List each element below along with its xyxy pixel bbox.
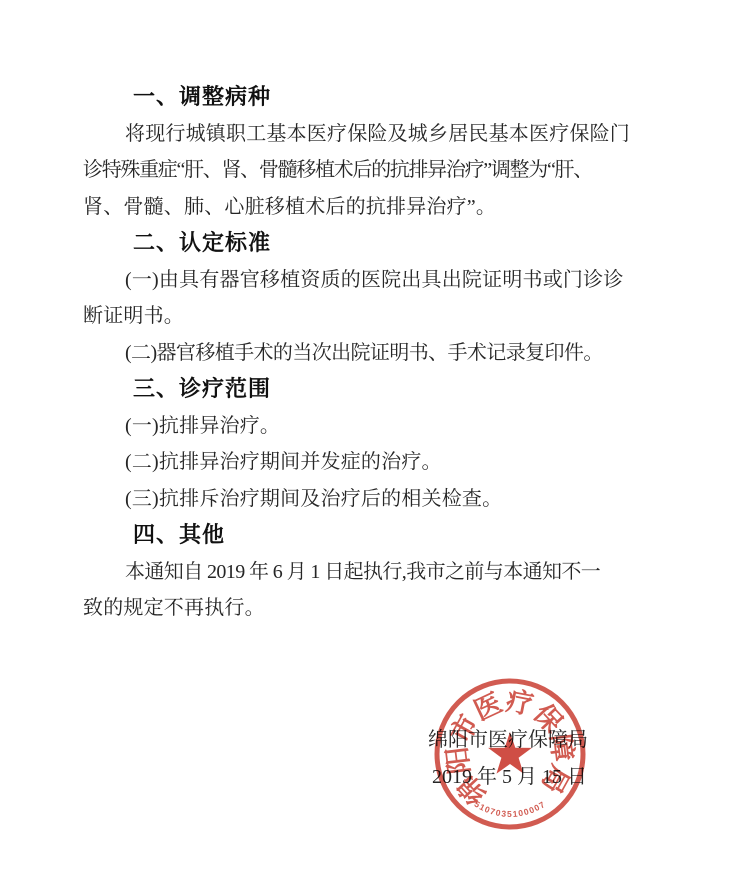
doc-line: 将现行城镇职工基本医疗保险及城乡居民基本医疗保险门: [83, 116, 631, 153]
doc-line: (二)抗排异治疗期间并发症的治疗。: [83, 444, 631, 481]
seal-code: 5107035100007: [473, 799, 548, 819]
doc-line: (三)抗排斥治疗期间及治疗后的相关检查。: [83, 481, 631, 518]
document-body: 一、调整病种 将现行城镇职工基本医疗保险及城乡居民基本医疗保险门 诊特殊重症“肝…: [83, 79, 631, 627]
doc-line: 致的规定不再执行。: [83, 590, 631, 627]
doc-line: 肾、骨髓、肺、心脏移植术后的抗排异治疗”。: [83, 189, 631, 226]
doc-line: (二)器官移植手术的当次出院证明书、手术记录复印件。: [83, 335, 631, 372]
section-heading-4: 四、其他: [83, 517, 631, 554]
section-heading-1: 一、调整病种: [83, 79, 631, 116]
doc-line: (一)由具有器官移植资质的医院出具出院证明书或门诊诊: [83, 262, 631, 299]
section-heading-3: 三、诊疗范围: [83, 371, 631, 408]
doc-line: (一)抗排异治疗。: [83, 408, 631, 445]
doc-line: 诊特殊重症“肝、肾、骨髓移植术后的抗排异治疗”调整为“肝、: [83, 152, 631, 189]
doc-line: 断证明书。: [83, 298, 631, 335]
official-seal-stamp-icon: 绵 阳 市 医 疗 保 障 局 5107035100007: [427, 671, 593, 837]
seal-arc-char: 障: [545, 732, 579, 763]
seal-arc-char: 阳: [442, 745, 475, 775]
seal-star-icon: [488, 732, 532, 774]
doc-line: 本通知自 2019 年 6 月 1 日起执行,我市之前与本通知不一: [83, 554, 631, 591]
section-heading-2: 二、认定标准: [83, 225, 631, 262]
